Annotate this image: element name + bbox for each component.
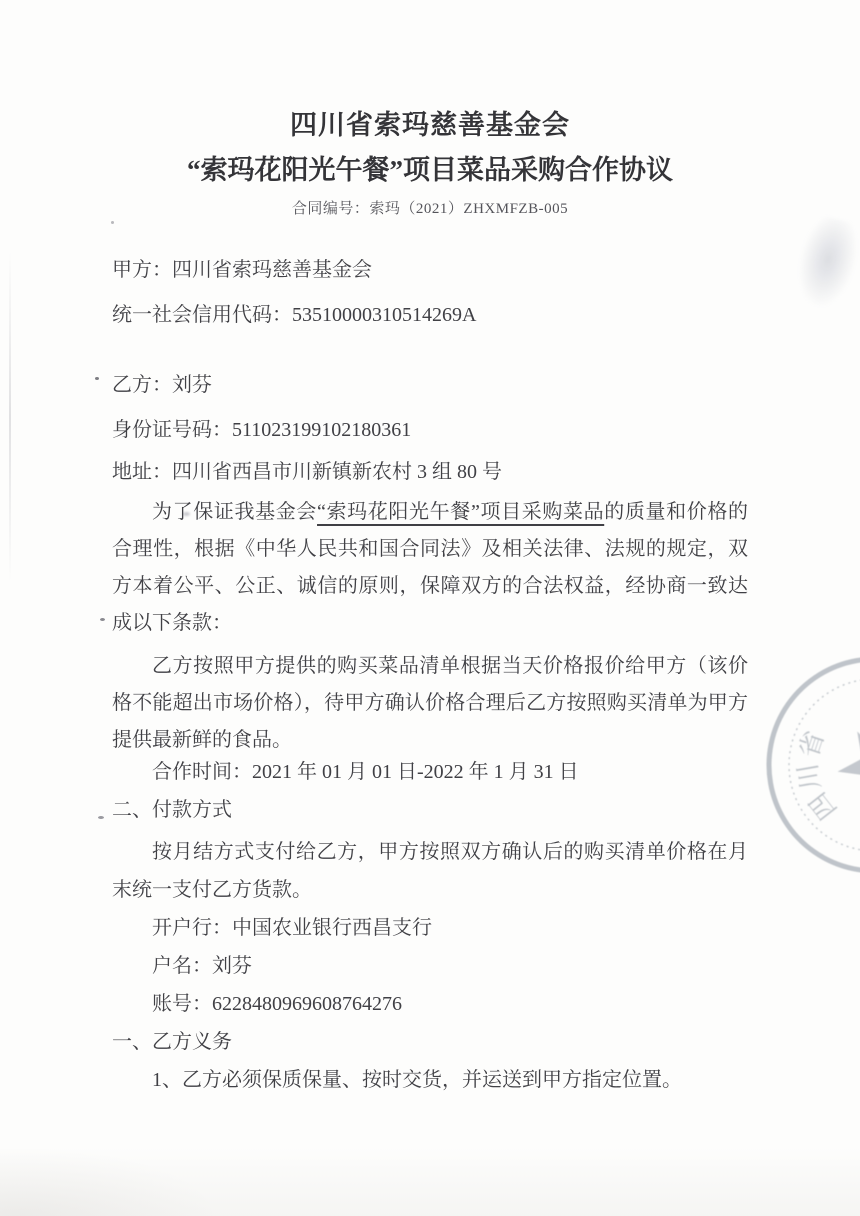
scan-speck [98,816,104,819]
cooperation-period-line: 合作时间：2021 年 01 月 01 日-2022 年 1 月 31 日 [112,758,748,786]
party-b-address-line: 地址：四川省西昌市川新镇新农村 3 组 80 号 [112,458,748,486]
account-number-line: 账号：6228480969608764276 [112,990,748,1018]
scan-speck [111,221,114,224]
scan-speck [100,618,105,621]
contract-number: 合同编号：索玛（2021）ZHXMFZB-005 [112,197,748,218]
scan-smudge [788,212,860,315]
bank-line: 开户行：中国农业银行西昌支行 [112,914,748,942]
payment-terms-paragraph: 按月结方式支付给乙方，甲方按照双方确认后的购买清单价格在月末统一支付乙方货款。 [112,833,748,909]
preamble-paragraph: 为了保证我基金会“索玛花阳光午餐”项目采购菜品的质量和价格的合理性，根据《中华人… [112,494,748,642]
document-title: “索玛花阳光午餐”项目菜品采购合作协议 [112,148,748,187]
official-seal: 四 川 省 [755,645,860,885]
party-b-id-number-line: 身份证号码：511023199102180361 [112,416,748,444]
scanned-contract-page: 四川省索玛慈善基金会 “索玛花阳光午餐”项目菜品采购合作协议 合同编号：索玛（2… [0,0,860,1216]
seal-char-2: 川 [793,761,826,792]
seal-char-1: 四 [803,787,842,825]
payment-section-heading: 二、付款方式 [112,796,748,824]
quotation-clause-paragraph: 乙方按照甲方提供的购买菜品清单根据当天价格报价给甲方（该价格不能超出市场价格），… [112,648,748,759]
seal-char-3: 省 [794,728,830,762]
org-title: 四川省索玛慈善基金会 [112,103,748,142]
party-b-name-line: 乙方：刘芬 [112,371,748,399]
account-name-line: 户名：刘芬 [112,952,748,980]
scan-edge-line [9,252,11,582]
obligations-section-heading: 一、乙方义务 [112,1028,748,1056]
party-a-credit-code-line: 统一社会信用代码：53510000310514269A [112,301,748,329]
scan-corner-shadow [0,1146,220,1216]
obligation-item-1: 1、乙方必须保质保量、按时交货，并运送到甲方指定位置。 [112,1066,748,1094]
preamble-underlined-project: “索玛花阳光午餐”项目采购菜品 [317,501,604,523]
preamble-lead: 为了保证我基金会 [152,501,317,523]
party-a-name-line: 甲方：四川省索玛慈善基金会 [112,256,748,284]
seal-star-icon [831,724,860,807]
scan-speck [95,377,99,380]
